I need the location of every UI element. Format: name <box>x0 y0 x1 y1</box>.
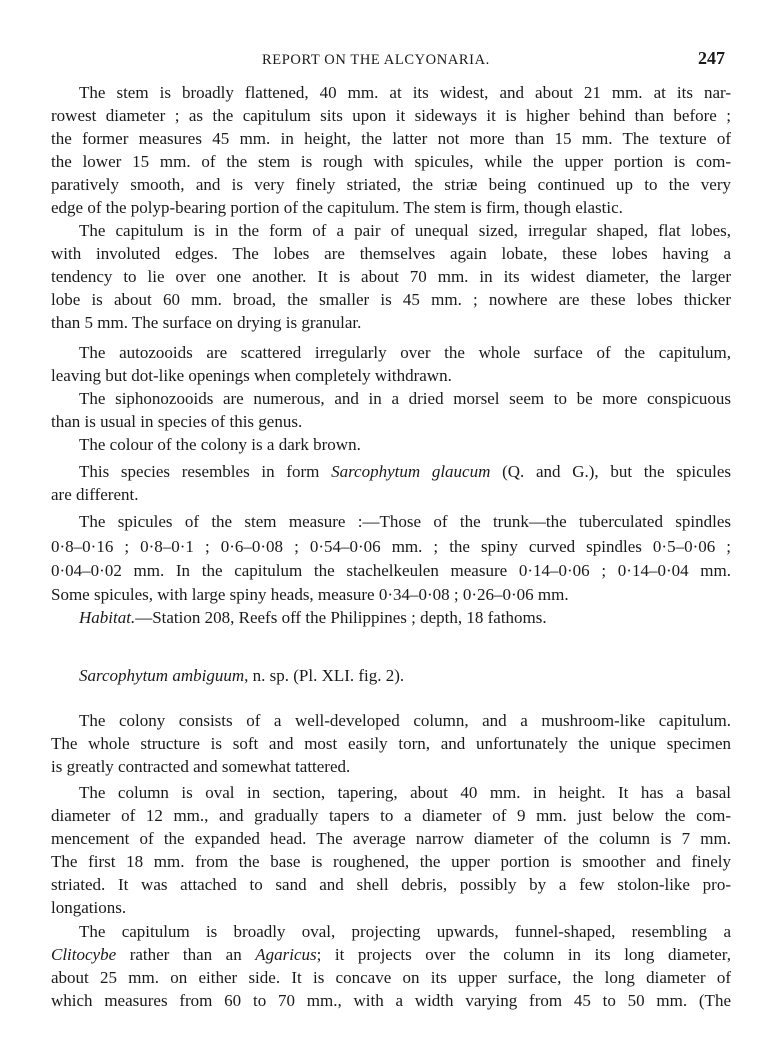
text-line: This species resembles in form Sarcophyt… <box>79 460 731 483</box>
habitat-label: Habitat. <box>79 608 135 627</box>
text-line: diameter of 12 mm., and gradually tapers… <box>51 804 731 827</box>
running-title: REPORT ON THE ALCYONARIA. <box>262 52 490 69</box>
page-number: 247 <box>698 48 725 69</box>
habitat-text: —Station 208, Reefs off the Philippines … <box>135 608 546 627</box>
text-line: The capitulum is broadly oval, projectin… <box>79 920 731 943</box>
text-line: The siphonozooids are numerous, and in a… <box>79 387 731 410</box>
heading-rest: , n. sp. (Pl. XLI. fig. 2). <box>244 666 404 685</box>
text-line: with involuted edges. The lobes are them… <box>51 242 731 265</box>
text-line: which measures from 60 to 70 mm., with a… <box>51 989 731 1012</box>
text-line: The capitulum is in the form of a pair o… <box>79 219 731 242</box>
text-fragment: ; it projects over the column in its lon… <box>317 945 731 964</box>
text-line: longations. <box>51 896 731 919</box>
genus-name: Agaricus <box>255 945 316 964</box>
text-line: the lower 15 mm. of the stem is rough wi… <box>51 150 731 173</box>
text-line: The colour of the colony is a dark brown… <box>79 433 731 456</box>
text-line: than 5 mm. The surface on drying is gran… <box>51 311 731 334</box>
text-line: The whole structure is soft and most eas… <box>51 732 731 755</box>
document-page: REPORT ON THE ALCYONARIA. 247 The stem i… <box>0 0 776 1050</box>
text-line: Clitocybe rather than an Agaricus; it pr… <box>51 943 731 966</box>
text-line: tendency to lie over one another. It is … <box>51 265 731 288</box>
text-line: lobe is about 60 mm. broad, the smaller … <box>51 288 731 311</box>
text-line: rowest diameter ; as the capitulum sits … <box>51 104 731 127</box>
species-heading: Sarcophytum ambiguum, n. sp. (Pl. XLI. f… <box>79 664 404 687</box>
text-line: Some spicules, with large spiny heads, m… <box>51 583 731 606</box>
running-header: REPORT ON THE ALCYONARIA. 247 <box>0 48 776 72</box>
text-line: The column is oval in section, tapering,… <box>79 781 731 804</box>
text-line: The autozooids are scattered irregularly… <box>79 341 731 364</box>
text-line: about 25 mm. on either side. It is conca… <box>51 966 731 989</box>
text-line: edge of the polyp-bearing portion of the… <box>51 196 731 219</box>
text-line: than is usual in species of this genus. <box>51 410 731 433</box>
text-line: striated. It was attached to sand and sh… <box>51 873 731 896</box>
text-line: 0·04–0·02 mm. In the capitulum the stach… <box>51 559 731 582</box>
text-fragment: (Q. and G.), but the spicules <box>490 462 731 481</box>
genus-name: Clitocybe <box>51 945 116 964</box>
text-line: The stem is broadly flattened, 40 mm. at… <box>79 81 731 104</box>
text-line: are different. <box>51 483 731 506</box>
text-line: paratively smooth, and is very finely st… <box>51 173 731 196</box>
text-line: 0·8–0·16 ; 0·8–0·1 ; 0·6–0·08 ; 0·54–0·0… <box>51 535 731 558</box>
text-line: the former measures 45 mm. in height, th… <box>51 127 731 150</box>
text-line: is greatly contracted and somewhat tatte… <box>51 755 731 778</box>
text-line: mencement of the expanded head. The aver… <box>51 827 731 850</box>
species-name: Sarcophytum glaucum <box>331 462 490 481</box>
text-line: The spicules of the stem measure :—Those… <box>79 510 731 533</box>
text-line: leaving but dot-like openings when compl… <box>51 364 731 387</box>
text-fragment: This species resembles in form <box>79 462 331 481</box>
habitat-line: Habitat.—Station 208, Reefs off the Phil… <box>79 606 731 629</box>
text-line: The colony consists of a well-developed … <box>79 709 731 732</box>
species-name: Sarcophytum ambiguum <box>79 666 244 685</box>
text-line: The first 18 mm. from the base is roughe… <box>51 850 731 873</box>
text-fragment: rather than an <box>116 945 255 964</box>
